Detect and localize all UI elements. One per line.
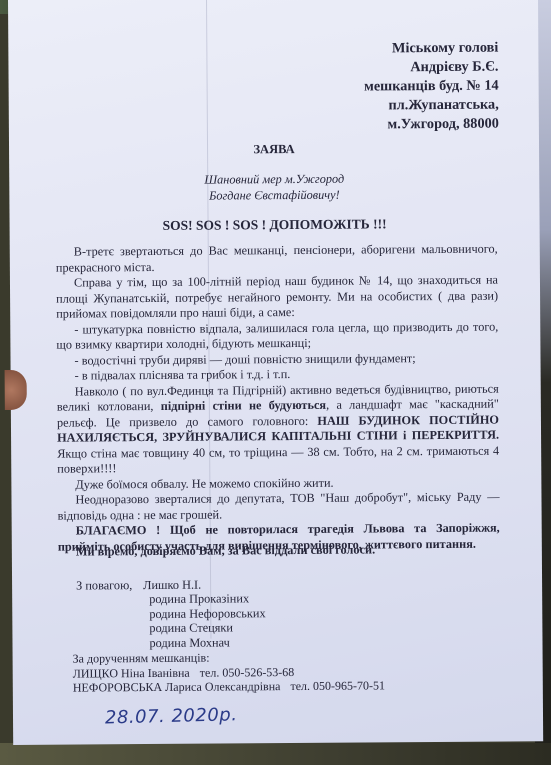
letter-paper: Міському голові Андрієву Б.Є. мешканців … [8,0,543,745]
signatory-list: Лишко Н.І. родина Проказіних родина Нефо… [143,577,266,650]
addressee-line: пл.Жупанатська, [364,96,499,116]
paragraph: В-третє звертаються до Вас мешканці, пен… [56,242,498,276]
contact-name: ЛИЩКО Ніна Іванівна [73,665,190,680]
contact-footer: За дорученням мешканців: ЛИЩКО Ніна Іван… [73,649,385,695]
contact-row: НЕФОРОВСЬКА Лариса Олександрівнател. 050… [73,678,385,695]
sos-heading: SOS! SOS ! SOS ! ДОПОМОЖІТЬ !!! [10,215,540,234]
signatory: родина Мохнач [143,635,265,650]
signature-block: З повагою, Лишко Н.І. родина Проказіних … [58,575,500,651]
contact-phone: тел. 050-965-70-51 [290,678,385,693]
addressee-line: Міському голові [364,39,499,59]
document-title: ЗАЯВА [9,140,539,159]
contact-phone: тел. 050-526-53-68 [200,665,295,680]
greeting-line: Богдане Євстафійовичу! [9,185,539,205]
trust-line: Ми віремо, довіряємо Вам, за Вас віддали… [76,542,500,560]
greeting: Шановний мер м.Ужгород Богдане Євстафійо… [9,169,539,205]
addressee-block: Міському голові Андрієву Б.Є. мешканців … [364,39,499,135]
holding-thumb [5,370,27,410]
background-ground [0,743,551,765]
closing-block: Ми віремо, довіряємо Вам, за Вас віддали… [58,542,501,651]
addressee-line: мешканців буд. № 14 [364,77,499,97]
bold-text-run: підпірні стіни не будуються [161,398,326,413]
signatory: родина Стецяки [143,620,265,635]
contact-name: НЕФОРОВСЬКА Лариса Олександрівна [73,679,281,694]
paragraph: Неодноразово зверталися до депутата, ТОВ… [57,490,499,524]
signatory: Лишко Н.І. [143,577,265,592]
list-item: - штукатурка повністю відпала, залишилас… [56,319,498,353]
addressee-line: Андрієву Б.Є. [364,58,499,78]
signatory: родина Проказіних [143,591,265,606]
paragraph: Справа у тім, що за 100-літній період на… [56,273,498,323]
addressee-line: м.Ужгород, 88000 [364,115,499,135]
letter-body: В-третє звертаються до Вас мешканці, пен… [56,242,500,555]
text-run: Якщо стіна має товщину 40 см, то тріщина… [57,443,499,476]
regards-label: З повагою, [58,578,144,651]
paragraph: Навколо ( по вул.Фединця та Підгірній) а… [57,381,500,477]
signatory: родина Нефоровських [143,606,265,621]
handwritten-date: 28.07. 2020р. [105,704,238,728]
